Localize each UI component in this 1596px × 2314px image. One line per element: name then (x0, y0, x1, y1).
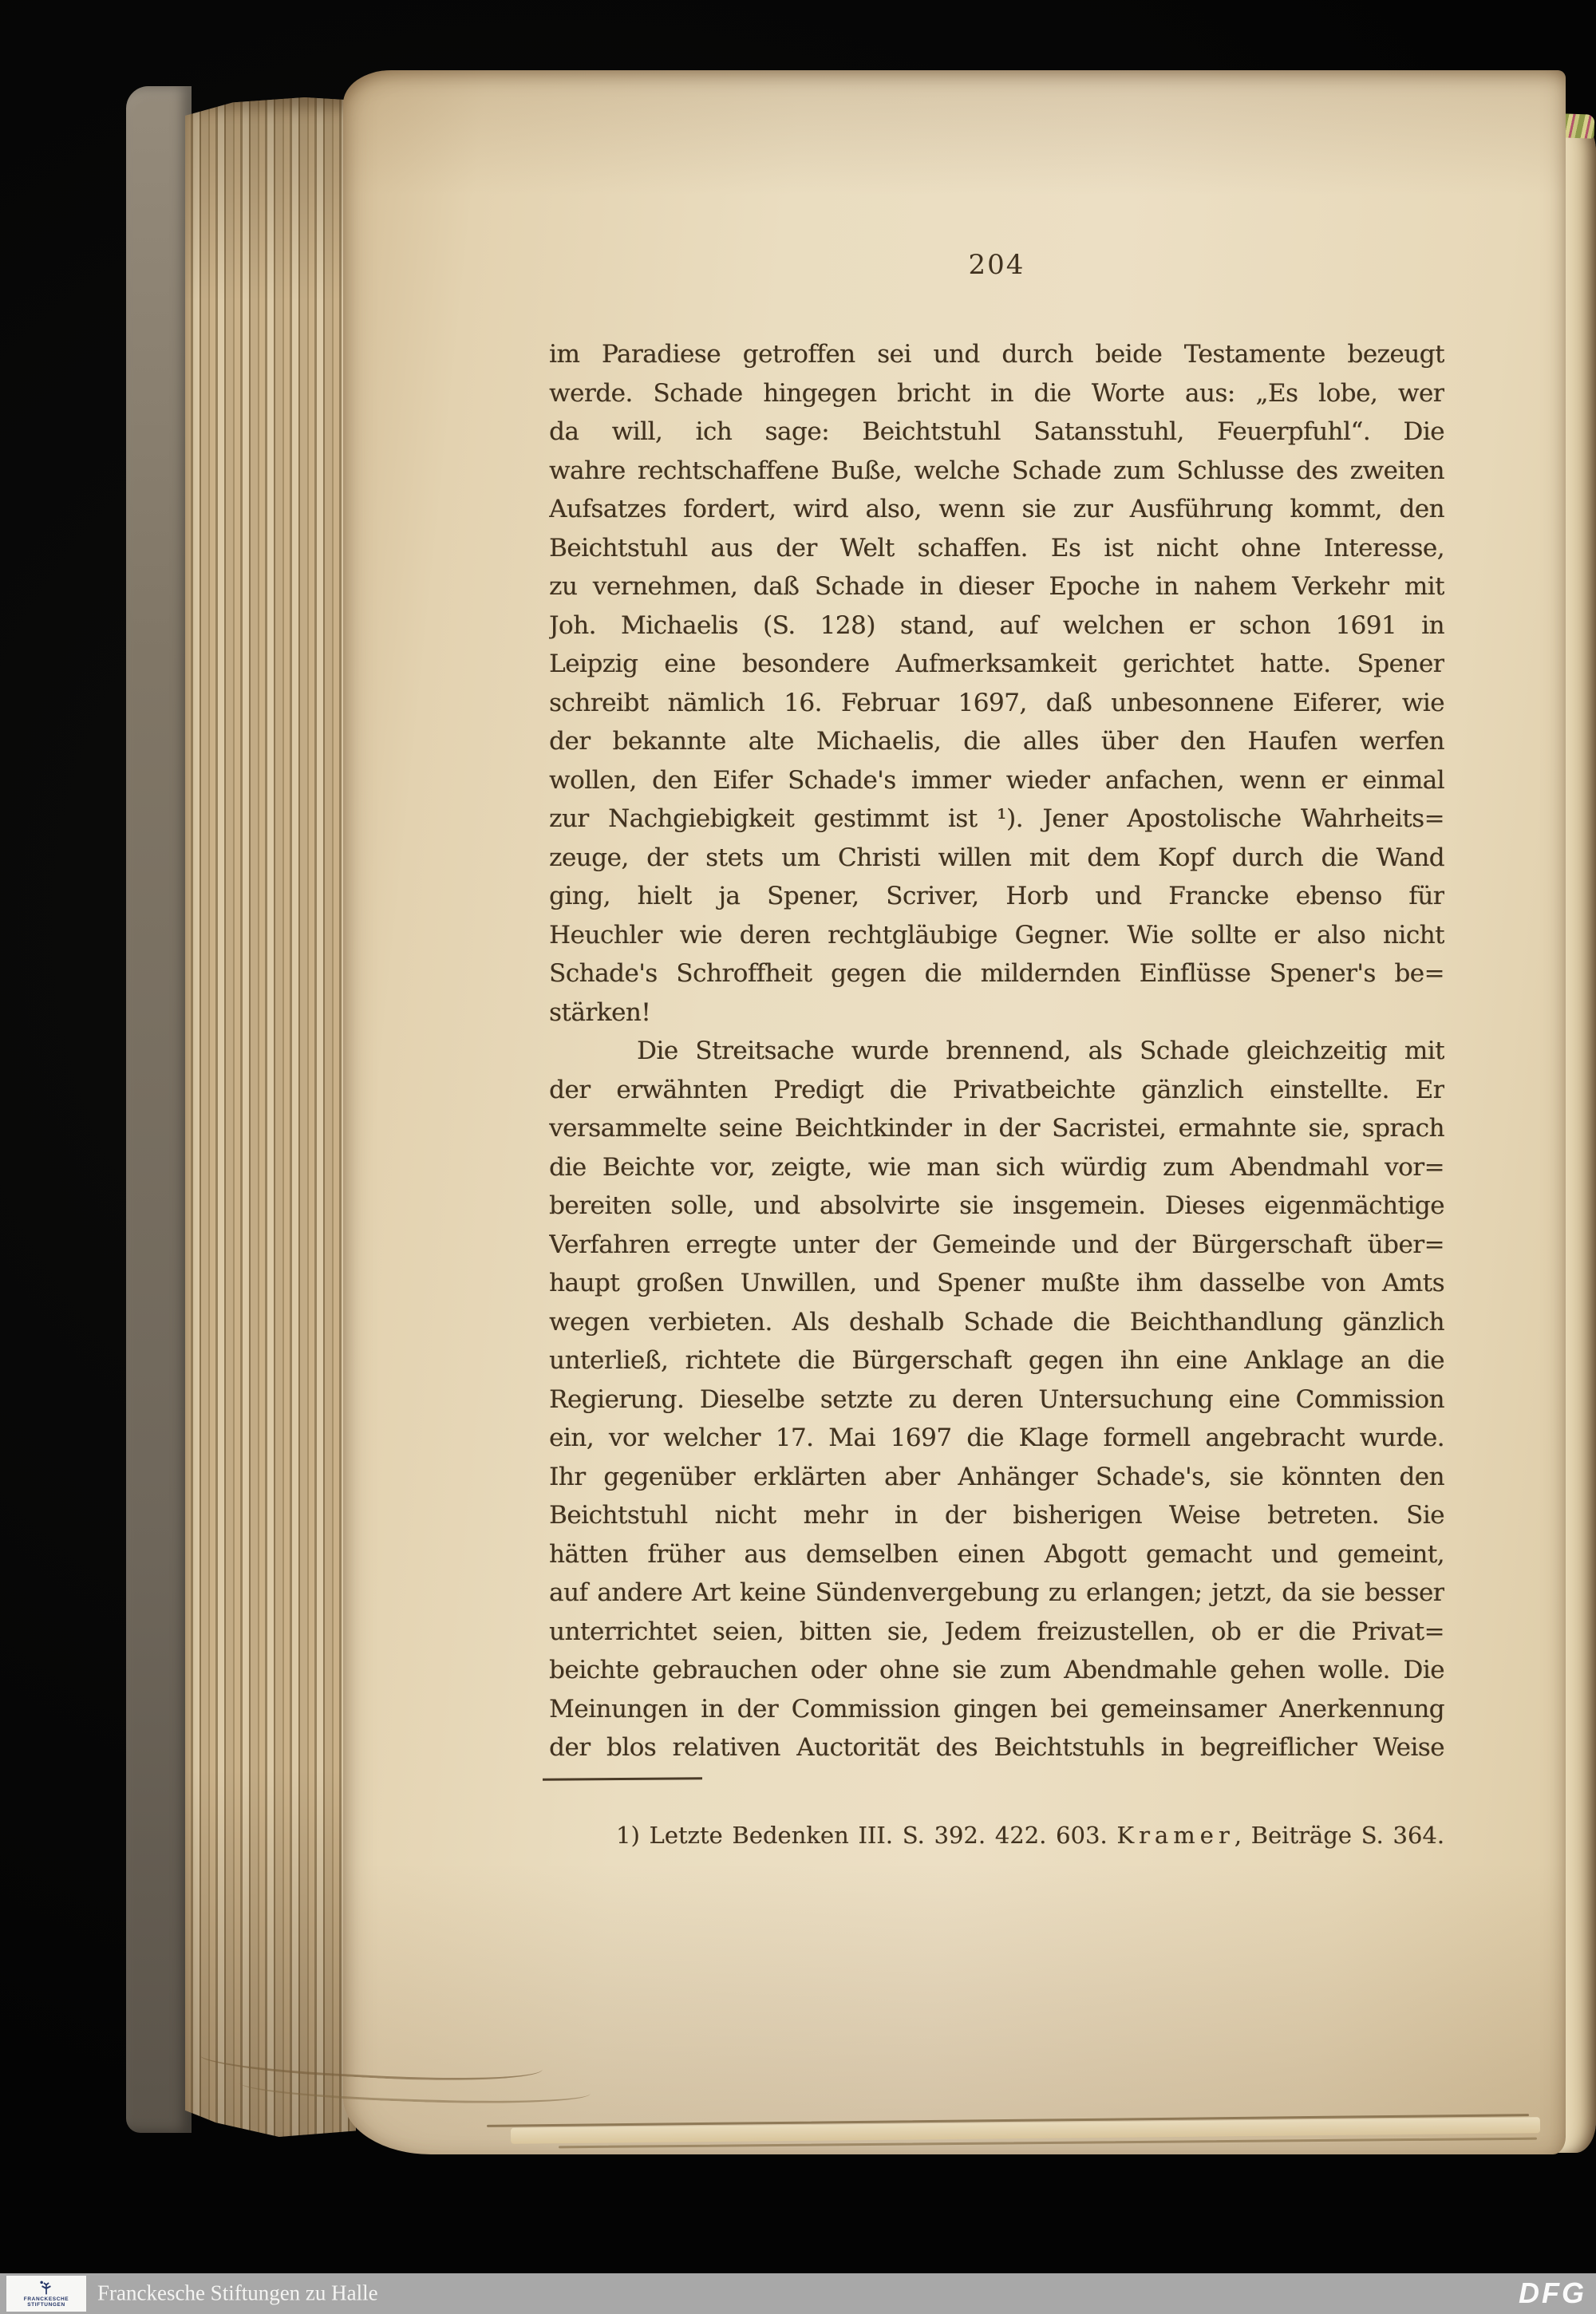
footnote-pages: , Beiträge S. 364. (1235, 1822, 1444, 1849)
text-line: Schade's Schroffheit gegen die mildernde… (549, 954, 1444, 993)
text-line: ein, vor welcher 17. Mai 1697 die Klage … (549, 1419, 1444, 1458)
text-line: der erwähnten Predigt die Privatbeichte … (549, 1071, 1444, 1110)
dfg-logo: DFG (1519, 2276, 1586, 2310)
text-line: haupt großen Unwillen, und Spener mußte … (549, 1264, 1444, 1303)
text-line: wahre rechtschaffene Buße, welche Schade… (549, 452, 1444, 491)
institution-name: Franckesche Stiftungen zu Halle (97, 2280, 378, 2305)
text-line: unterrichtet seien, bitten sie, Jedem fr… (549, 1613, 1444, 1652)
eagle-icon (38, 2280, 54, 2296)
text-block: im Paradiese getroffen sei und durch bei… (549, 335, 1444, 1767)
text-line: der bekannte alte Michaelis, die alles ü… (549, 722, 1444, 761)
text-line: Verfahren erregte unter der Gemeinde und… (549, 1226, 1444, 1265)
text-line: stärken! (549, 993, 1444, 1033)
footnote-reference: 1) Letzte Bedenken III. S. 392. 422. 603… (616, 1822, 1116, 1849)
text-line: beichte gebrauchen oder ohne sie zum Abe… (549, 1651, 1444, 1690)
text-line: zu vernehmen, daß Schade in dieser Epoch… (549, 567, 1444, 606)
logo-text: FRANCKESCHE STIFTUNGEN (24, 2296, 69, 2308)
footnote: 1) Letzte Bedenken III. S. 392. 422. 603… (549, 1818, 1444, 1853)
text-line: versammelte seine Beichtkinder in der Sa… (549, 1109, 1444, 1148)
logo-text-line1: FRANCKESCHE (24, 2296, 69, 2303)
franckesche-logo: FRANCKESCHE STIFTUNGEN (6, 2276, 86, 2312)
scan-background: 204 im Paradiese getroffen sei und durch… (0, 0, 1596, 2314)
text-line: Heuchler wie deren rechtgläubige Gegner.… (549, 916, 1444, 955)
text-line: bereiten solle, und absolvirte sie insge… (549, 1187, 1444, 1226)
text-line: hätten früher aus demselben einen Abgott… (549, 1535, 1444, 1574)
text-line: Beichtstuhl nicht mehr in der bisherigen… (549, 1496, 1444, 1535)
text-line: die Beichte vor, zeigte, wie man sich wü… (549, 1148, 1444, 1187)
text-line: wollen, den Eifer Schade's immer wieder … (549, 761, 1444, 800)
text-line: da will, ich sage: Beichtstuhl Satansstu… (549, 413, 1444, 452)
text-line: unterließ, richtete die Bürgerschaft geg… (549, 1341, 1444, 1380)
text-line: ging, hielt ja Spener, Scriver, Horb und… (549, 877, 1444, 916)
text-line: werde. Schade hingegen bricht in die Wor… (549, 374, 1444, 413)
book-cover-edge (126, 86, 192, 2133)
page-number: 204 (549, 249, 1444, 281)
text-line: Leipzig eine besondere Aufmerksamkeit ge… (549, 645, 1444, 684)
text-line: im Paradiese getroffen sei und durch bei… (549, 335, 1444, 374)
text-line: Aufsatzes fordert, wird also, wenn sie z… (549, 490, 1444, 529)
text-line: zeuge, der stets um Christi willen mit d… (549, 839, 1444, 878)
text-line: auf andere Art keine Sündenvergebung zu … (549, 1574, 1444, 1613)
footnote-author: Kramer (1116, 1822, 1234, 1849)
logo-text-line2: STIFTUNGEN (24, 2302, 69, 2308)
text-line: wegen verbieten. Als deshalb Schade die … (549, 1303, 1444, 1342)
text-line: Die Streitsache wurde brennend, als Scha… (549, 1032, 1444, 1071)
page-stack-edges (185, 97, 356, 2137)
text-line: Ihr gegenüber erklärten aber Anhänger Sc… (549, 1458, 1444, 1497)
text-line: schreibt nämlich 16. Februar 1697, daß u… (549, 684, 1444, 723)
text-line: zur Nachgiebigkeit gestimmt ist ¹). Jene… (549, 800, 1444, 839)
text-line: Beichtstuhl aus der Welt schaffen. Es is… (549, 529, 1444, 568)
text-line: Meinungen in der Commission gingen bei g… (549, 1690, 1444, 1729)
footer-bar: FRANCKESCHE STIFTUNGEN Franckesche Stift… (0, 2273, 1596, 2314)
text-line: der blos relativen Auctorität des Beicht… (549, 1728, 1444, 1767)
text-line: Joh. Michaelis (S. 128) stand, auf welch… (549, 606, 1444, 646)
text-line: Regierung. Dieselbe setzte zu deren Unte… (549, 1380, 1444, 1420)
